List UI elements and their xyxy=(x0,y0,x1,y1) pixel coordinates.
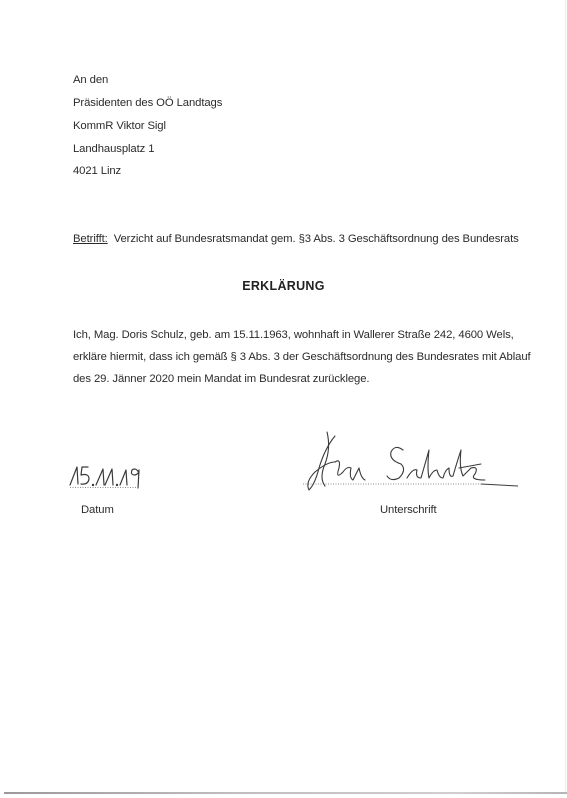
address-line: KommR Viktor Sigl xyxy=(73,119,166,133)
date-label: Datum xyxy=(81,503,114,517)
address-line: An den xyxy=(73,73,108,87)
page-edge-shadow xyxy=(4,792,567,794)
document-title: ERKLÄRUNG xyxy=(0,279,566,293)
paragraph-line: erkläre hiermit, dass ich gemäß § 3 Abs.… xyxy=(73,350,531,364)
subject-line: Betrifft:Verzicht auf Bundesratsmandat g… xyxy=(73,232,519,246)
signature-label: Unterschrift xyxy=(380,503,437,517)
handwritten-date xyxy=(60,458,150,493)
subject-label: Betrifft: xyxy=(73,233,108,245)
document-page: An den Präsidenten des OÖ Landtags KommR… xyxy=(0,0,566,793)
subject-text: Verzicht auf Bundesratsmandat gem. §3 Ab… xyxy=(114,233,519,245)
address-line: Präsidenten des OÖ Landtags xyxy=(73,96,222,110)
paragraph-line: Ich, Mag. Doris Schulz, geb. am 15.11.19… xyxy=(73,328,514,342)
address-line: 4021 Linz xyxy=(73,164,121,178)
address-line: Landhausplatz 1 xyxy=(73,142,154,156)
handwritten-signature xyxy=(295,428,525,498)
paragraph-line: des 29. Jänner 2020 mein Mandat im Bunde… xyxy=(73,372,369,386)
